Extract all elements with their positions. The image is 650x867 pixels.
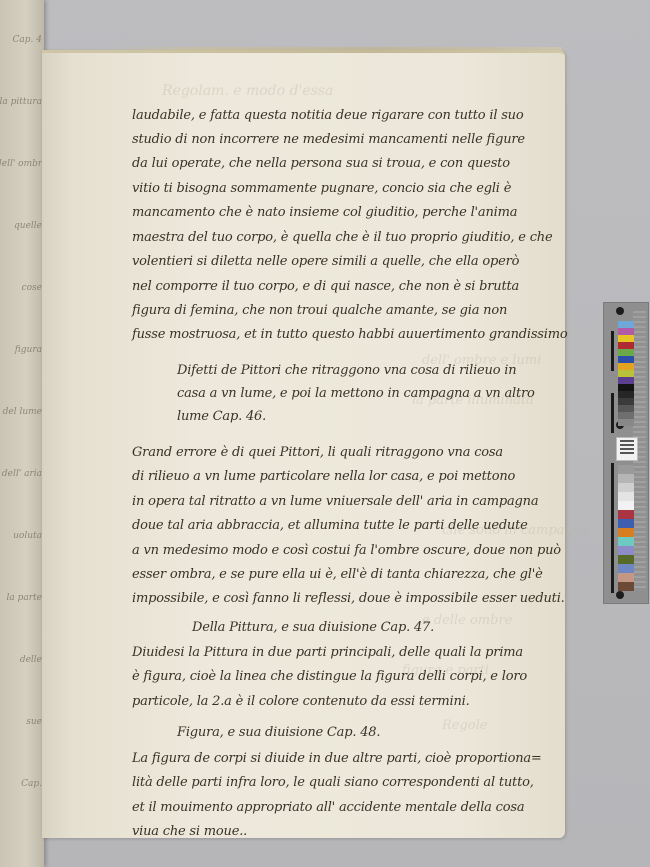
facing-page-text: del lume (0, 402, 42, 422)
text-line: esser ombra, e se pure ella ui è, ell'è … (132, 567, 543, 582)
color-chip (618, 391, 634, 398)
text-line: è figura, cioè la linea che distingue la… (132, 669, 527, 684)
color-chip (618, 474, 634, 483)
text-line: lità delle parti infra loro, le quali si… (132, 775, 534, 790)
facing-page-text: Cap. (0, 774, 42, 794)
facing-page-text: dell' ombra (0, 154, 42, 174)
facing-page-text: la parte (0, 588, 42, 608)
color-chip (618, 510, 634, 519)
color-chip (618, 335, 634, 342)
facing-page-edge: Cap. 4la pitturadell' ombraquellecosefig… (0, 0, 44, 867)
facing-page-text: quelle (0, 216, 42, 236)
text-line: nel comporre il tuo corpo, e di qui nasc… (132, 279, 519, 294)
lower-color-chips (618, 465, 634, 591)
color-chip (618, 582, 634, 591)
text-line: et il mouimento appropriato all' acciden… (132, 800, 524, 815)
color-chip (618, 342, 634, 349)
facing-page-text: delle (0, 650, 42, 670)
color-chip (618, 356, 634, 363)
color-chip (618, 328, 634, 335)
text-line: maestra del tuo corpo, è quella che è il… (132, 230, 552, 245)
scale-bar (611, 463, 614, 593)
text-line: volentieri si diletta nelle opere simili… (132, 254, 519, 269)
text-line: Grand errore è di quei Pittori, li quali… (132, 445, 503, 460)
color-chip (618, 398, 634, 405)
chapter-heading-46: casa a vn lume, e poi la mettono in camp… (177, 386, 535, 401)
text-line: Diuidesi la Pittura in due parti princip… (132, 645, 523, 660)
facing-page-text: cose (0, 278, 42, 298)
facing-page-text: uoluta (0, 526, 42, 546)
color-chip (618, 483, 634, 492)
color-chip (618, 519, 634, 528)
chapter-heading-46: Difetti de Pittori che ritraggono vna co… (177, 363, 516, 378)
color-chip (618, 546, 634, 555)
color-chip (618, 349, 634, 356)
color-chip (618, 528, 634, 537)
color-chip (618, 419, 634, 426)
text-line: doue tal aria abbraccia, et allumina tut… (132, 518, 528, 533)
text-line: di rilieuo a vn lume particolare nella l… (132, 469, 515, 484)
manuscript-folio: Regolam. e modo d'essa dell' ombre e lum… (42, 50, 565, 838)
color-chip (618, 377, 634, 384)
scale-bar (611, 331, 614, 371)
color-chip (618, 492, 634, 501)
text-line: La figura de corpi si diuide in due altr… (132, 751, 542, 766)
color-chip (618, 555, 634, 564)
text-line: a vn medesimo modo e così costui fa l'om… (132, 543, 561, 558)
chapter-heading-46: lume Cap. 46. (177, 409, 266, 424)
text-line: studio di non incorrere ne medesimi manc… (132, 132, 525, 147)
chapter-heading-47: Della Pittura, e sua diuisione Cap. 47. (192, 620, 434, 635)
text-line: in opera tal ritratto a vn lume vniuersa… (132, 494, 538, 509)
text-line: viua che si moue.. (132, 824, 247, 839)
color-chip (618, 465, 634, 474)
color-chip (618, 564, 634, 573)
text-line: particole, la 2.a è il colore contenuto … (132, 694, 470, 709)
scale-bar (611, 393, 614, 433)
text-line: impossibile, e così fanno li reflessi, d… (132, 591, 565, 606)
facing-page-text: la pittura (0, 92, 42, 112)
text-line: mancamento che è nato insieme col giudit… (132, 205, 517, 220)
color-chip (618, 405, 634, 412)
text-line: laudabile, e fatta questa notitia deue r… (132, 108, 523, 123)
color-chip (618, 363, 634, 370)
text-line: da lui operate, che nella persona sua si… (132, 156, 510, 171)
color-chip (618, 321, 634, 328)
facing-page-text: Cap. 4 (0, 30, 42, 50)
chapter-heading-48: Figura, e sua diuisione Cap. 48. (177, 725, 380, 740)
color-chip (618, 384, 634, 391)
color-chip (618, 412, 634, 419)
facing-page-text: sue (0, 712, 42, 732)
checker-label (616, 437, 638, 461)
color-chip (618, 370, 634, 377)
text-line: figura di femina, che non troui qualche … (132, 303, 507, 318)
text-line: vitio ti bisogna sommamente pugnare, con… (132, 181, 511, 196)
text-line: fusse mostruosa, et in tutto questo habb… (132, 327, 567, 342)
color-chip (618, 537, 634, 546)
color-chip (618, 573, 634, 582)
facing-page-text: figura (0, 340, 42, 360)
upper-color-chips (618, 321, 634, 426)
color-chip (618, 501, 634, 510)
mount-hole (616, 307, 624, 315)
facing-page-text: dell' aria (0, 464, 42, 484)
color-calibration-target (603, 302, 649, 604)
mount-hole (616, 591, 624, 599)
